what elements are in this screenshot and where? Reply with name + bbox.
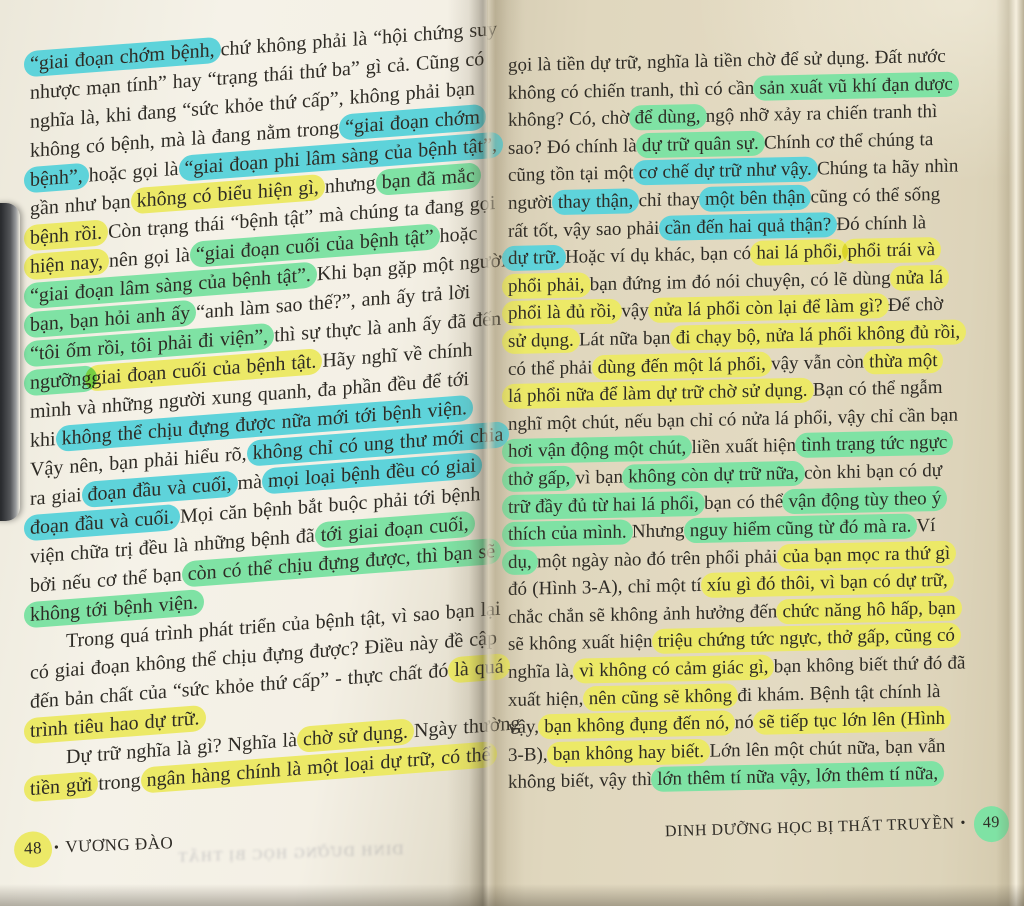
text-segment: Ngày thường <box>408 712 520 742</box>
highlighted-text-y: bạn không hay biết. <box>547 739 710 767</box>
highlighted-text-c: cơ chế dự trữ như vậy. <box>633 157 818 186</box>
highlighted-text-y: sẽ tiếp tục lớn lên (Hình <box>753 706 951 735</box>
highlighted-text-y: bạn không đụng đến nó, <box>538 710 735 739</box>
highlighted-text-y: xíu gì đó thôi, vì bạn có dự trữ, <box>701 568 954 598</box>
text-segment: đó (Hình 3-A), chỉ một tí <box>508 575 707 600</box>
highlighted-text-y: vì không có cảm giác gì, <box>573 654 774 683</box>
highlighted-text-y: tiền gửi <box>24 771 98 803</box>
text-segment: không? Có, chờ <box>508 108 635 132</box>
dark-object-edge <box>0 203 20 521</box>
highlighted-text-y: dùng đến một lá phổi, <box>592 351 772 380</box>
text-segment: nghĩa là, <box>508 661 579 683</box>
text-segment: không có chiến tranh, thì có cần <box>508 77 759 103</box>
text-segment: sao? Đó chính là <box>508 135 642 159</box>
highlighted-text-y: hiện nay, <box>24 248 109 280</box>
highlighted-text-g: nguy hiểm cũng từ đó mà ra. <box>684 514 918 544</box>
highlighted-text-g: để dùng, <box>629 104 707 131</box>
text-segment: sẽ không xuất hiện <box>508 631 658 655</box>
highlighted-text-y: đi chạy bộ, nửa lá phổi không đủ rồi, <box>670 319 966 350</box>
highlighted-text-g: hơi vận động một chút, <box>502 435 692 464</box>
highlighted-text-y: là quá <box>448 653 509 684</box>
highlighted-text-c: cần đến hai quả thận? <box>659 212 838 241</box>
highlighted-text-y: thừa một <box>863 347 943 374</box>
text-segment: liền xuất hiện <box>686 435 801 458</box>
text-segment: Bạn có thể ngẫm <box>808 377 943 401</box>
text-segment: nên gọi là <box>103 244 196 273</box>
text-segment: bạn đứng im đó nói chuyện, có lẽ dùng <box>585 268 896 296</box>
text-segment: Đó chính là <box>831 212 926 235</box>
highlighted-text-y: chức năng hô hấp, bạn <box>776 595 961 624</box>
highlighted-text-g: tình trạng tức ngực <box>795 430 953 458</box>
text-segment: Để chờ <box>883 294 944 316</box>
highlighted-text-y: phổi phải, <box>502 272 591 299</box>
highlighted-text-c: dự trữ. <box>502 245 566 271</box>
text-segment: người <box>508 192 558 214</box>
highlighted-text-c: thay thận, <box>552 188 639 215</box>
highlighted-text-c: một bên thận <box>699 185 811 212</box>
highlighted-text-y: phổi trái và <box>842 237 942 264</box>
text-segment: Lát nữa bạn <box>574 327 676 350</box>
highlighted-text-g: không còn dự trữ nữa, <box>622 461 805 490</box>
highlighted-text-g: thở gấp, <box>502 465 576 492</box>
highlighted-text-y: nửa lá <box>890 265 949 291</box>
text-segment: cũng có thể sống <box>805 184 940 208</box>
text-segment: gần như bạn <box>30 190 137 220</box>
text-segment: nhưng <box>319 172 382 199</box>
footer-separator: • <box>954 816 972 831</box>
text-segment: hoặc gọi là <box>83 157 185 187</box>
text-segment: chỉ thay <box>633 189 705 212</box>
highlighted-text-y: lá phổi nữa để làm dự trữ chờ sử dụng. <box>502 378 814 410</box>
text-segment: hoặc <box>434 222 478 247</box>
highlighted-text-y: sử dụng. <box>502 327 580 354</box>
text-segment: bạn có thể <box>699 491 789 514</box>
text-segment: ra giai <box>30 484 88 510</box>
text-segment: ngộ nhỡ xảy ra chiến tranh thì <box>701 101 938 127</box>
book-photo: “giai đoạn chớm bệnh, chứ không phải là … <box>0 0 1024 906</box>
text-segment: có thể phải <box>508 357 598 380</box>
text-segment: còn khi bạn có dự <box>799 460 942 484</box>
highlighted-text-g: lớn thêm tí nữa vậy, lớn thêm tí nữa, <box>651 761 944 792</box>
highlighted-text-g: trữ đầy đủ từ hai lá phổi, <box>502 490 705 519</box>
text-segment: vậy vẫn còn <box>766 351 869 374</box>
text-segment: Lớn lên một chút nữa, bạn vẫn <box>704 736 945 762</box>
highlighted-text-c: bệnh”, <box>24 163 89 194</box>
text-segment: Chúng ta hãy nhìn <box>812 156 959 180</box>
text-segment: rất tốt, vậy sao phải <box>508 217 665 241</box>
text-segment: Nhưng <box>627 520 690 542</box>
text-segment: một ngày nào đó trên phổi phải <box>532 546 783 572</box>
highlighted-text-g: vận động tùy theo ý <box>782 485 947 513</box>
text-segment: vì bạn <box>570 466 628 488</box>
text-segment: Chính cơ thể chúng ta <box>759 129 934 154</box>
highlighted-text-y: hai lá phổi, <box>750 239 848 266</box>
text-segment: trong <box>92 769 146 795</box>
text-segment: cũng tồn tại một <box>508 163 639 187</box>
highlighted-text-g: sản xuất vũ khí đạn dược <box>753 71 958 100</box>
text-segment: không biết, vậy thì <box>508 769 657 793</box>
text-segment: xuất hiện, <box>508 688 589 711</box>
highlighted-text-y: nửa lá phổi còn lại để làm gì? <box>648 293 889 323</box>
text-segment: đi khám. Bệnh tật chính là <box>732 681 940 706</box>
text-segment: bạn không biết thứ đó đã <box>768 652 965 677</box>
highlighted-text-y: bệnh rồi. <box>24 219 108 251</box>
highlighted-text-g: dự trữ quân sự. <box>636 130 765 158</box>
highlighted-text-y: của bạn mọc ra thứ gì <box>777 540 956 569</box>
highlighted-text-y: nên cũng sẽ không <box>583 683 738 711</box>
highlighted-text-g: thích của mình. <box>502 519 633 547</box>
page-right-text: gọi là tiền dự trữ, nghĩa là tiền chờ để… <box>508 42 1002 797</box>
page-left-text: “giai đoạn chớm bệnh, chứ không phải là … <box>30 16 484 804</box>
highlighted-text-g: dụ, <box>502 549 538 575</box>
text-segment: chắc chắn sẽ không ảnh hưởng đến <box>508 601 782 628</box>
highlighted-text-y: phổi là đủ rồi, <box>502 299 622 327</box>
text-segment: Hoặc ví dụ khác, bạn có <box>560 243 757 268</box>
